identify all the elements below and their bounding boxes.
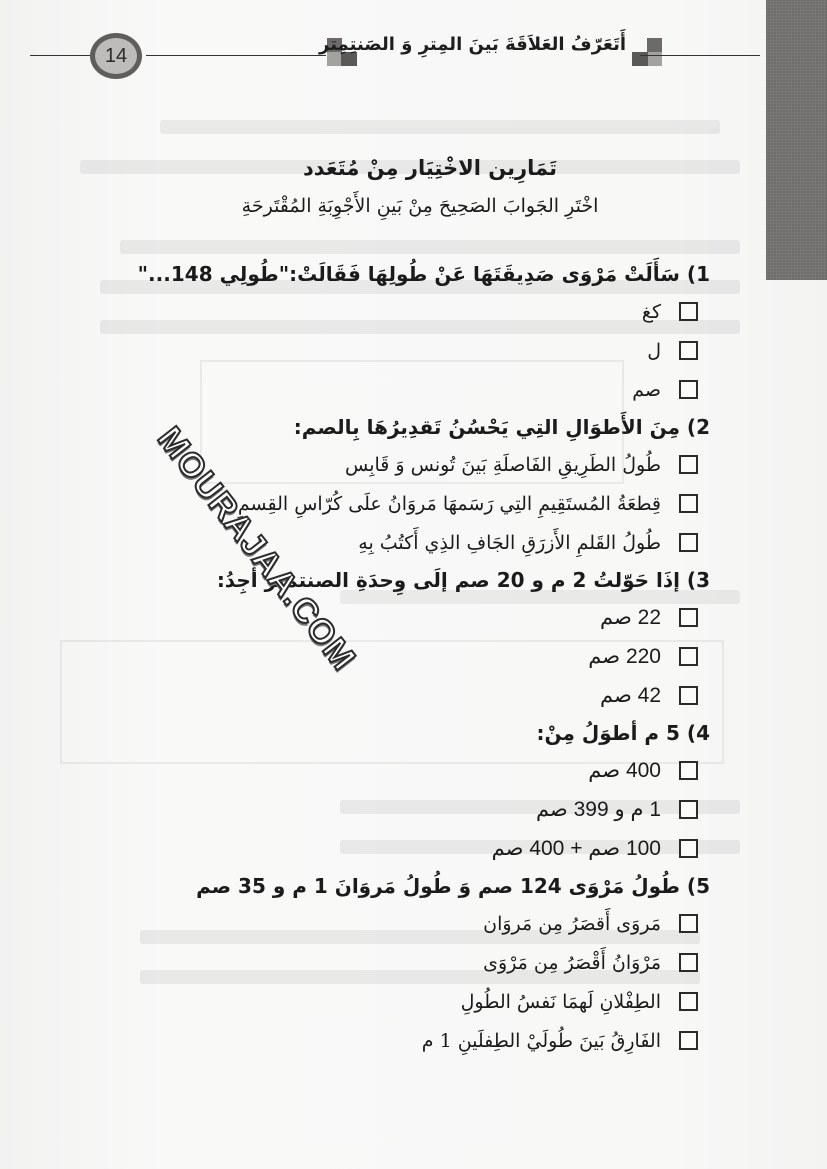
answer-option[interactable]: الطِفْلانِ لَهمَا نَفسُ الطُولِ — [150, 982, 710, 1021]
answer-option[interactable]: 1 م و 399 صم — [150, 790, 710, 829]
answer-option[interactable]: ل — [150, 331, 710, 370]
question-text: 3) إذَا حَوّلتُ 2 م و 20 صم إلَى وِحدَةِ… — [150, 562, 710, 598]
option-label: مَروَى أَقصَرُ مِن مَروَان — [483, 913, 661, 935]
section-title: تَمَارِين الاخْتِيَار مِنْ مُتَعَدد — [150, 150, 710, 186]
option-label: طُولُ الطَرِيقِ الفَاصلَةِ بَينَ تُونس و… — [345, 454, 661, 476]
checkbox[interactable] — [679, 992, 698, 1011]
header-rule — [30, 55, 90, 56]
section-instruction: اخْتَرِ الجَوابَ الصَحِيحَ مِنْ بَينِ ال… — [150, 186, 710, 226]
option-label: 22 صم — [600, 605, 661, 630]
checkbox[interactable] — [679, 953, 698, 972]
option-label: 400 صم — [588, 758, 661, 783]
checkbox[interactable] — [679, 533, 698, 552]
answer-option[interactable]: 22 صم — [150, 598, 710, 637]
option-label: 1 م و 399 صم — [536, 797, 661, 822]
answer-option[interactable]: 400 صم — [150, 751, 710, 790]
header-rule — [640, 55, 760, 56]
checkbox[interactable] — [679, 1031, 698, 1050]
checkbox[interactable] — [679, 455, 698, 474]
checkbox[interactable] — [679, 494, 698, 513]
answer-option[interactable]: 100 صم + 400 صم — [150, 829, 710, 868]
page-number-badge: 14 — [90, 33, 142, 79]
question-4: 4) 5 م أطوَلُ مِنْ: 400 صم 1 م و 399 صم … — [150, 715, 710, 868]
lesson-title: أَتَعَرّفُ العَلاَقَةَ بَينَ المِترِ وَ … — [356, 34, 626, 55]
option-label: كغ — [642, 301, 661, 323]
page-number: 14 — [95, 38, 137, 74]
answer-option[interactable]: 220 صم — [150, 637, 710, 676]
header-rule — [146, 55, 326, 56]
checkbox[interactable] — [679, 914, 698, 933]
checkbox[interactable] — [679, 686, 698, 705]
checkbox[interactable] — [679, 341, 698, 360]
answer-option[interactable]: طُولُ الطَرِيقِ الفَاصلَةِ بَينَ تُونس و… — [150, 445, 710, 484]
answer-option[interactable]: 42 صم — [150, 676, 710, 715]
answer-option[interactable]: الفَارِقُ بَينَ طُولَيْ الطِفلَينِ 1 م — [150, 1021, 710, 1060]
option-label: صم — [632, 379, 661, 401]
question-3: 3) إذَا حَوّلتُ 2 م و 20 صم إلَى وِحدَةِ… — [150, 562, 710, 715]
option-label: 220 صم — [588, 644, 661, 669]
answer-option[interactable]: مَرْوَانُ أَقْصَرُ مِن مَرْوَى — [150, 943, 710, 982]
question-1: 1) سَأَلَتْ مَرْوَى صَدِيقَتَهَا عَنْ طُ… — [150, 256, 710, 409]
answer-option[interactable]: صم — [150, 370, 710, 409]
option-label: 100 صم + 400 صم — [492, 836, 661, 861]
checkbox[interactable] — [679, 800, 698, 819]
option-label: الطِفْلانِ لَهمَا نَفسُ الطُولِ — [461, 991, 661, 1013]
checkbox[interactable] — [679, 608, 698, 627]
answer-option[interactable]: مَروَى أَقصَرُ مِن مَروَان — [150, 904, 710, 943]
checkbox[interactable] — [679, 380, 698, 399]
worksheet-page: 14 أَتَعَرّفُ العَلاَقَةَ بَينَ المِترِ … — [0, 0, 827, 1169]
square-ornament-icon — [632, 38, 662, 66]
option-label: قِطعَةُ المُستَقِيمِ التِي رَسَمهَا مَرو… — [238, 493, 661, 515]
answer-option[interactable]: طُولُ القَلمِ الأَزرَقِ الجَافِ الذِي أَ… — [150, 523, 710, 562]
checkbox[interactable] — [679, 839, 698, 858]
answer-option[interactable]: كغ — [150, 292, 710, 331]
checkbox[interactable] — [679, 761, 698, 780]
option-label: الفَارِقُ بَينَ طُولَيْ الطِفلَينِ 1 م — [422, 1030, 661, 1052]
exercise-content: تَمَارِين الاخْتِيَار مِنْ مُتَعَدد اخْت… — [150, 150, 710, 1060]
question-5: 5) طُولُ مَرْوَى 124 صم وَ طُولُ مَروَان… — [150, 868, 710, 1060]
question-text: 2) مِنَ الأَطوَالِ التِي يَحْسُنُ تَقدِي… — [150, 409, 710, 445]
option-label: طُولُ القَلمِ الأَزرَقِ الجَافِ الذِي أَ… — [358, 532, 661, 554]
option-label: مَرْوَانُ أَقْصَرُ مِن مَرْوَى — [483, 952, 661, 974]
question-text: 4) 5 م أطوَلُ مِنْ: — [150, 715, 710, 751]
question-2: 2) مِنَ الأَطوَالِ التِي يَحْسُنُ تَقدِي… — [150, 409, 710, 562]
checkbox[interactable] — [679, 302, 698, 321]
page-header: 14 أَتَعَرّفُ العَلاَقَةَ بَينَ المِترِ … — [0, 0, 827, 100]
answer-option[interactable]: قِطعَةُ المُستَقِيمِ التِي رَسَمهَا مَرو… — [150, 484, 710, 523]
option-label: 42 صم — [600, 683, 661, 708]
question-text: 5) طُولُ مَرْوَى 124 صم وَ طُولُ مَروَان… — [150, 868, 710, 904]
checkbox[interactable] — [679, 647, 698, 666]
option-label: ل — [647, 340, 661, 362]
question-text: 1) سَأَلَتْ مَرْوَى صَدِيقَتَهَا عَنْ طُ… — [150, 256, 710, 292]
